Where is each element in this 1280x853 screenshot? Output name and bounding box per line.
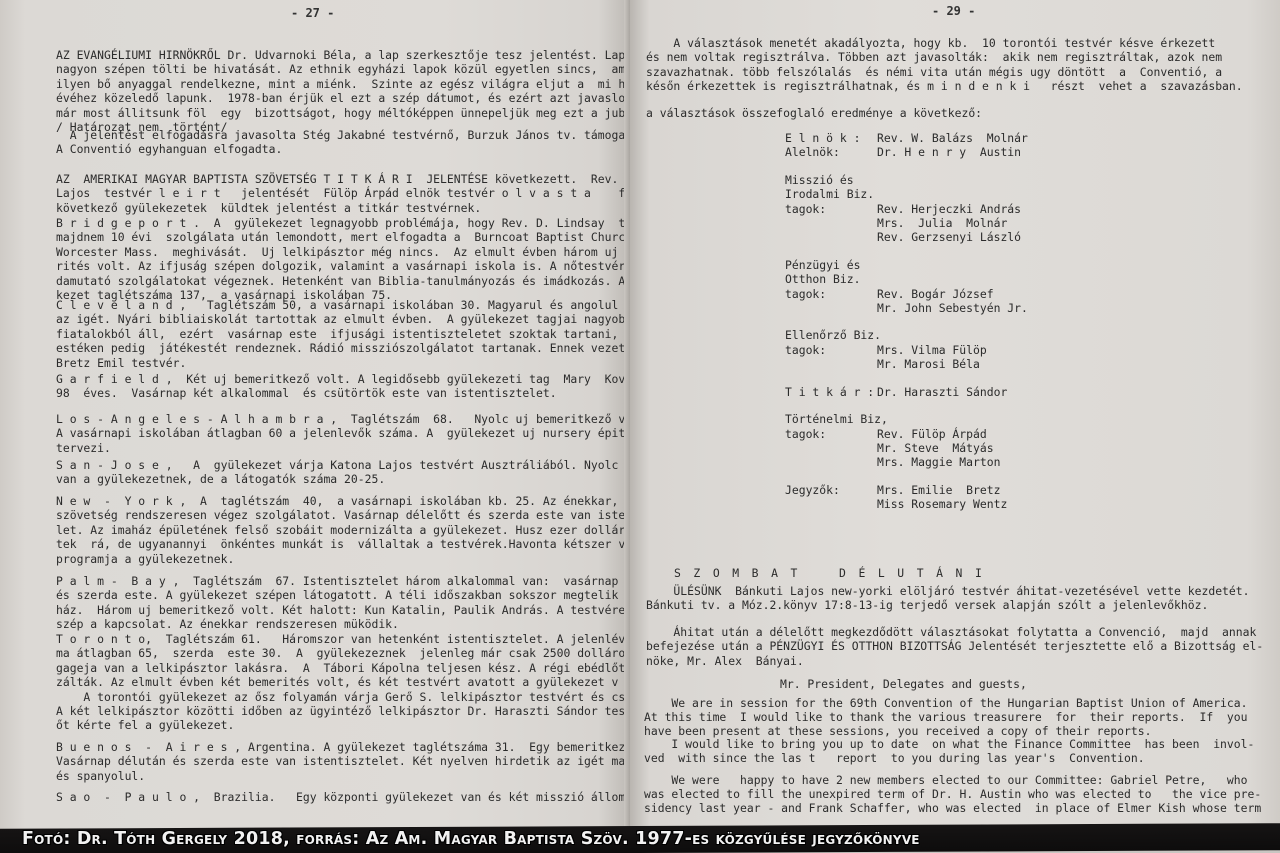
text-line: és nem voltak regisztrálva. Többen azt j… <box>646 50 1243 64</box>
member-name: Mr. Steve Mátyás <box>877 441 994 455</box>
text-line: és szerda este. A gyülekezet szépen láto… <box>56 588 630 602</box>
english-report: We are in session for the 69th Conventio… <box>644 697 1261 815</box>
text-line: fiatalokból áll, ezért vasárnap este ifj… <box>56 327 630 341</box>
roster-row: E l n ö k :Rev. W. Balázs Molnár <box>785 131 1028 145</box>
text-line: nagyon szépen tölti be hivatását. Az eth… <box>56 62 630 76</box>
roster-row: tagok:Mrs. Vilma Fülöp <box>785 343 1028 357</box>
text-line: Worcester Mass. meghivását. Uj lelkipász… <box>56 245 630 259</box>
role-label: tagok: <box>785 287 877 301</box>
page-number-left: - 27 - <box>291 6 334 20</box>
text-line: AZ AMERIKAI MAGYAR BAPTISTA SZÖVETSÉG T … <box>56 172 630 186</box>
salutation: Mr. President, Delegates and guests, <box>780 677 1027 691</box>
text-line: majdnem 10 évi szolgálata után lemondott… <box>56 230 630 244</box>
role-label: tagok: <box>785 343 877 357</box>
member-name: Rev. Fülöp Árpád <box>877 427 987 441</box>
role-label <box>785 301 877 315</box>
report-paragraph: S a n - J o s e , A gyülekezet várja Kat… <box>56 458 630 487</box>
text-line: T o r o n t o, Taglétszám 61. Háromszor … <box>56 632 630 646</box>
text-line: következő gyülekezetek küldtek jelentést… <box>56 201 630 215</box>
text-line: tek rá, de ugyanannyi önkéntes munkát is… <box>56 537 630 551</box>
text-line: 98 éves. Vasárnap két alkalommal és csüt… <box>56 386 630 400</box>
report-paragraph: P a l m - B a y , Taglétszám 67. Istenti… <box>56 574 630 632</box>
text-line: sidency last year - and Frank Schaffer, … <box>644 802 1261 816</box>
member-name: Rev. W. Balázs Molnár <box>877 131 1028 145</box>
text-line: have been present at these sessions, you… <box>644 725 1261 739</box>
text-line: nöke, Mr. Alex Bányai. <box>646 654 1263 668</box>
page-number-right: - 29 - <box>932 4 975 18</box>
role-label: T i t k á r : <box>785 385 877 399</box>
member-name: Miss Rosemary Wentz <box>877 497 1007 511</box>
text-line: szavazhatnak. több felszólalás és némi v… <box>646 65 1243 79</box>
text-line: zálták. Az elmult évben két bemerités vo… <box>56 675 630 689</box>
elections-intro-paragraph: A választások menetét akadályozta, hogy … <box>646 36 1243 94</box>
text-line: B u e n o s - A i r e s , Argentina. A g… <box>56 740 630 754</box>
left-page: - 27 - AZ EVANGÉLIUMI HIRNÖKRŐL Dr. Udva… <box>0 0 630 830</box>
spacer <box>785 160 1028 173</box>
text-line: szövetség rendszeresen végez szolgálatot… <box>56 508 630 522</box>
role-label <box>785 216 877 230</box>
roster-group: Pénzügyi ésOtthon Biz.tagok:Rev. Bogár J… <box>785 258 1028 316</box>
text-line: G a r f i e l d , Két uj bemeritkező vol… <box>56 372 630 386</box>
roster-row: T i t k á r :Dr. Haraszti Sándor <box>785 385 1028 399</box>
member-name: Rev. Herjeczki András <box>877 202 1021 216</box>
member-name: Dr. H e n r y Austin <box>877 145 1021 159</box>
roster-row: Mr. Marosi Béla <box>785 357 1028 371</box>
text-line: befejezése után a PÉNZÜGYI ÉS OTTHON BIZ… <box>646 639 1263 653</box>
report-paragraph: S a o - P a u l o , Brazilia. Egy közpon… <box>56 790 630 804</box>
text-line: C l e v e l a n d , Taglétszám 50, a vas… <box>56 298 630 312</box>
text-line: A torontói gyülekezet az ősz folyamán vá… <box>56 690 630 704</box>
member-name: Mrs. Julia Molnár <box>877 216 1007 230</box>
committee-name: Ellenőrző Biz. <box>785 328 1028 342</box>
text-line: már most állitsunk föl egy bizottságot, … <box>56 106 630 120</box>
text-line: B r i d g e p o r t . A gyülekezet legna… <box>56 216 630 230</box>
text-line: We were happy to have 2 new members elec… <box>644 774 1261 788</box>
text-line: A vasárnapi iskolában átlagban 60 a jele… <box>56 426 630 440</box>
text-line: At this time I would like to thank the v… <box>644 711 1261 725</box>
committee-name: Irodalmi Biz. <box>785 187 1028 201</box>
text-line: Lajos testvér l e i r t jelentését Fülöp… <box>56 186 630 200</box>
text-line: A két lelkipásztor közötti időben az ügy… <box>56 704 630 718</box>
role-label <box>785 230 877 244</box>
report-paragraph: A jelentést elfogadásra javasolta Stég J… <box>56 128 630 157</box>
finance-intro-paragraph: Áhitat után a délelőtt megkezdődött vála… <box>646 625 1263 668</box>
text-line: S a n - J o s e , A gyülekezet várja Kat… <box>56 458 630 472</box>
role-label <box>785 497 877 511</box>
spacer <box>785 399 1028 412</box>
role-label: Alelnök: <box>785 145 877 159</box>
text-line: ved with since the las t report to you d… <box>644 752 1261 766</box>
roster-row: tagok:Rev. Bogár József <box>785 287 1028 301</box>
text-line: Vasárnap délután és szerda este van iste… <box>56 754 630 768</box>
report-paragraph: AZ EVANGÉLIUMI HIRNÖKRŐL Dr. Udvarnoki B… <box>56 48 630 134</box>
roster-group: T i t k á r :Dr. Haraszti Sándor <box>785 385 1028 399</box>
report-paragraph: B u e n o s - A i r e s , Argentina. A g… <box>56 740 630 783</box>
member-name: Mrs. Vilma Fülöp <box>877 343 987 357</box>
text-line: Áhitat után a délelőtt megkezdődött vála… <box>646 625 1263 639</box>
report-paragraph: L o s - A n g e l e s - A l h a m b r a … <box>56 412 630 455</box>
roster-row: Jegyzők:Mrs. Emilie Bretz <box>785 483 1028 497</box>
member-name: Mr. John Sebestyén Jr. <box>877 301 1028 315</box>
spacer <box>785 315 1028 328</box>
roster-row: Mr. Steve Mátyás <box>785 441 1028 455</box>
text-line: ÜLÉSÜNK Bánkuti Lajos new-yorki elöljáró… <box>646 584 1249 598</box>
section-heading: S Z O M B A T D É L U T Á N I <box>674 566 985 580</box>
text-line: ház. Három uj bemeritkező volt. Két halo… <box>56 603 630 617</box>
report-paragraph: AZ AMERIKAI MAGYAR BAPTISTA SZÖVETSÉG T … <box>56 172 630 215</box>
text-line: was elected to fill the unexpired term o… <box>644 788 1261 802</box>
text-line: L o s - A n g e l e s - A l h a m b r a … <box>56 412 630 426</box>
member-name: Rev. Gerzsenyi László <box>877 230 1021 244</box>
role-label: tagok: <box>785 202 877 216</box>
text-line: programja a gyülekezetnek. <box>56 552 630 566</box>
roster-group: Alelnök:Dr. H e n r y Austin <box>785 145 1028 159</box>
report-paragraph: N e w - Y o r k , A taglétszám 40, a vas… <box>56 494 630 566</box>
report-paragraph: T o r o n t o, Taglétszám 61. Háromszor … <box>56 632 630 733</box>
text-line: Bánkuti tv. a Móz.2.könyv 17:8-13-ig ter… <box>646 598 1249 612</box>
roster-group: Ellenőrző Biz.tagok:Mrs. Vilma FülöpMr. … <box>785 328 1028 371</box>
text-line: későn érkezettek is regisztrálhatnak, és… <box>646 79 1243 93</box>
committee-name: Pénzügyi és <box>785 258 1028 272</box>
report-paragraph: C l e v e l a n d , Taglétszám 50, a vas… <box>56 298 630 370</box>
role-label: Jegyzők: <box>785 483 877 497</box>
text-line: let. Az imaház épületének felső szobáit … <box>56 523 630 537</box>
text-line: és spanyolul. <box>56 769 630 783</box>
committee-name: Misszió és <box>785 173 1028 187</box>
summary-line: a választások összefoglaló eredménye a k… <box>646 106 982 120</box>
text-line: szép a kapcsolat. Az énekkar rendszerese… <box>56 617 630 631</box>
text-line: van a gyülekezetnek, de a látogatók szám… <box>56 472 630 486</box>
member-name: Mr. Marosi Béla <box>877 357 980 371</box>
text-line: rités volt. Az ifjuság szépen dolgozik, … <box>56 259 630 273</box>
spacer <box>785 245 1028 258</box>
roster-row: Rev. Gerzsenyi László <box>785 230 1028 244</box>
role-label <box>785 441 877 455</box>
role-label <box>785 357 877 371</box>
election-results-list: E l n ö k :Rev. W. Balázs MolnárAlelnök:… <box>785 131 1028 512</box>
text-line: N e w - Y o r k , A taglétszám 40, a vas… <box>56 494 630 508</box>
text-line: estéken pedig játékestét rendeznek. Rádi… <box>56 341 630 355</box>
text-line: AZ EVANGÉLIUMI HIRNÖKRŐL Dr. Udvarnoki B… <box>56 48 630 62</box>
text-line: damutató szolgálatokat végeznek. Hetenké… <box>56 274 630 288</box>
text-line: gageja van a lelkipásztor lakásra. A Táb… <box>56 661 630 675</box>
spacer <box>785 470 1028 483</box>
role-label: tagok: <box>785 427 877 441</box>
text-line: tervezi. <box>56 441 630 455</box>
text-line: évéhez közeledő lapunk. 1978-ban érjük e… <box>56 91 630 105</box>
text-line: We are in session for the 69th Conventio… <box>644 697 1261 711</box>
roster-row: Miss Rosemary Wentz <box>785 497 1028 511</box>
roster-row: Mrs. Julia Molnár <box>785 216 1028 230</box>
text-line: ma átlagban 65, szerda este 30. A gyülek… <box>56 646 630 660</box>
text-line: A Conventió egyhanguan elfogadta. <box>56 142 630 156</box>
roster-group: Misszió ésIrodalmi Biz.tagok:Rev. Herjec… <box>785 173 1028 245</box>
role-label: E l n ö k : <box>785 131 877 145</box>
member-name: Mrs. Maggie Marton <box>877 455 1000 469</box>
text-line: P a l m - B a y , Taglétszám 67. Istenti… <box>56 574 630 588</box>
roster-group: E l n ö k :Rev. W. Balázs Molnár <box>785 131 1028 145</box>
report-paragraph: G a r f i e l d , Két uj bemeritkező vol… <box>56 372 630 401</box>
photo-caption: Fotó: Dr. Tóth Gergely 2018, forrás: Az … <box>22 826 920 853</box>
text-line: Bretz Emil testvér. <box>56 356 630 370</box>
roster-row: tagok:Rev. Fülöp Árpád <box>785 427 1028 441</box>
role-label <box>785 455 877 469</box>
roster-group: Jegyzők:Mrs. Emilie BretzMiss Rosemary W… <box>785 483 1028 512</box>
roster-group: Történelmi Biz,tagok:Rev. Fülöp ÁrpádMr.… <box>785 412 1028 470</box>
roster-row: Alelnök:Dr. H e n r y Austin <box>785 145 1028 159</box>
text-line: az igét. Nyári bibliaiskolát tartottak a… <box>56 312 630 326</box>
roster-row: Mr. John Sebestyén Jr. <box>785 301 1028 315</box>
member-name: Dr. Haraszti Sándor <box>877 385 1007 399</box>
text-line: I would like to bring you up to date on … <box>644 738 1261 752</box>
text-line: ilyen bő anyaggal rendelkezne, mint a mi… <box>56 77 630 91</box>
member-name: Mrs. Emilie Bretz <box>877 483 1000 497</box>
report-paragraph: B r i d g e p o r t . A gyülekezet legna… <box>56 216 630 302</box>
spacer <box>785 372 1028 385</box>
text-line: S a o - P a u l o , Brazilia. Egy közpon… <box>56 790 630 804</box>
text-line: A jelentést elfogadásra javasolta Stég J… <box>56 128 630 142</box>
member-name: Rev. Bogár József <box>877 287 994 301</box>
session-paragraph: ÜLÉSÜNK Bánkuti Lajos new-yorki elöljáró… <box>646 584 1249 613</box>
roster-row: tagok:Rev. Herjeczki András <box>785 202 1028 216</box>
text-line: A választások menetét akadályozta, hogy … <box>646 36 1243 50</box>
committee-name: Történelmi Biz, <box>785 412 1028 426</box>
text-line: őt kérte fel a gyülekezet. <box>56 718 630 732</box>
committee-name: Otthon Biz. <box>785 272 1028 286</box>
roster-row: Mrs. Maggie Marton <box>785 455 1028 469</box>
